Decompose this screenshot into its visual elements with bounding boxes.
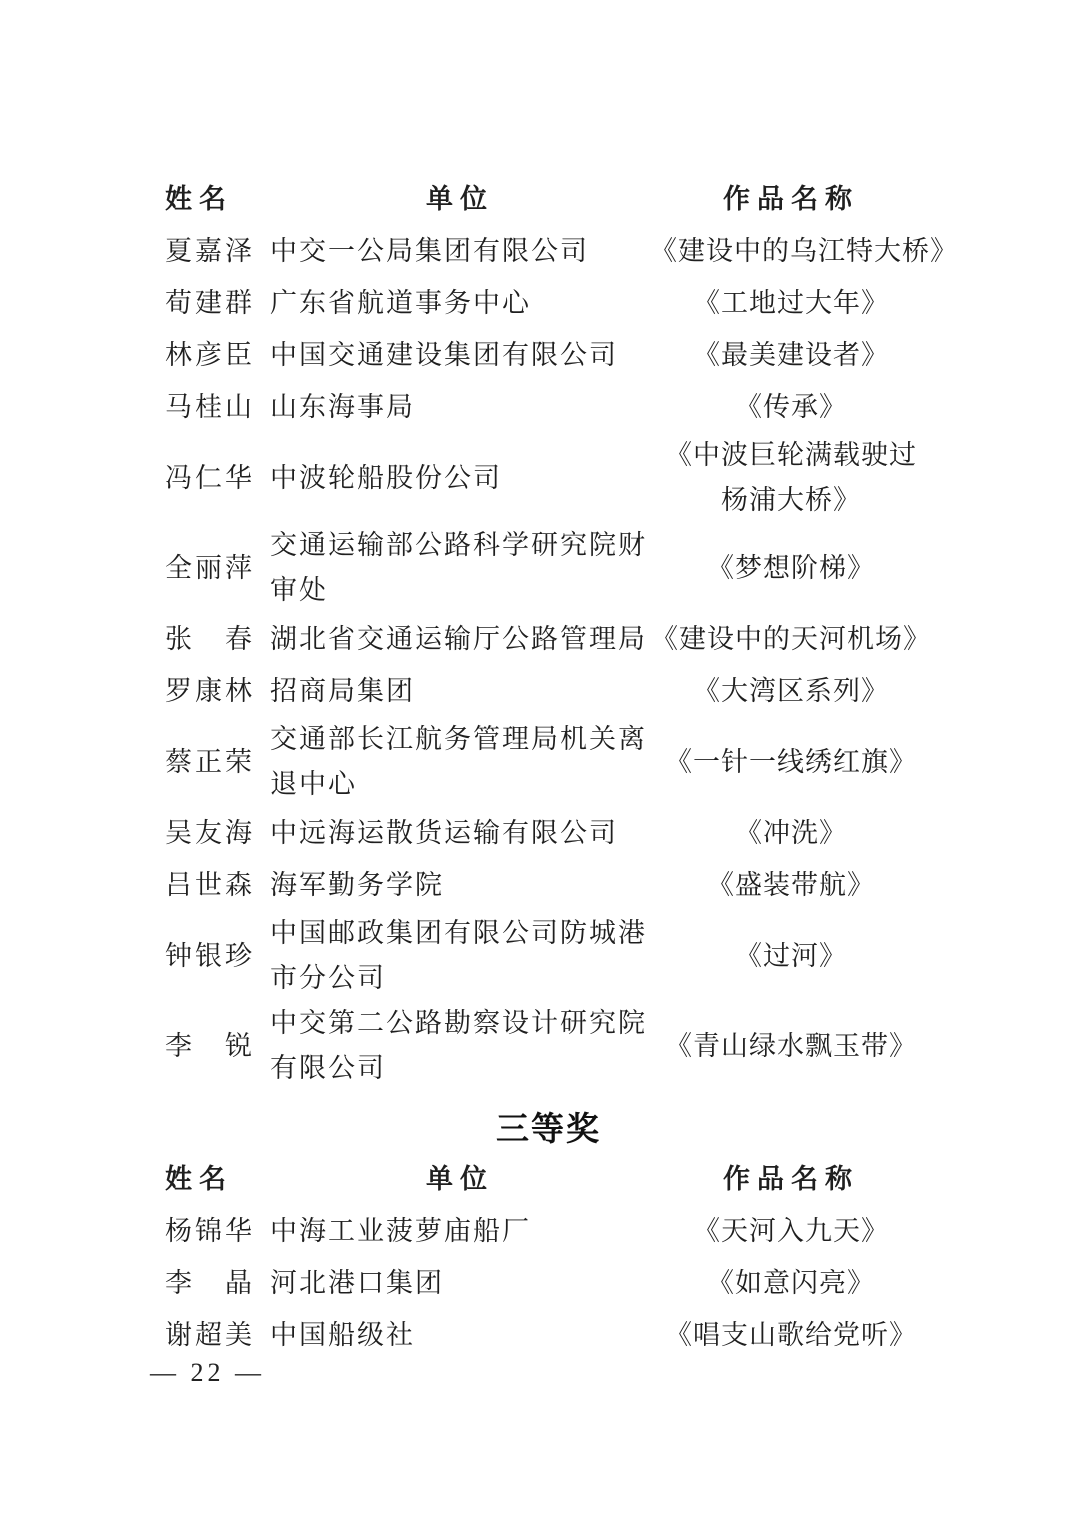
work-title: 《冲洗》 xyxy=(650,811,932,856)
awardee-unit: 交通部长江航务管理局机关离 退中心 xyxy=(270,717,650,807)
table-row: 夏嘉泽 中交一公局集团有限公司 《建设中的乌江特大桥》 xyxy=(165,225,932,277)
table-row: 蔡正荣 交通部长江航务管理局机关离 退中心 《一针一线绣红旗》 xyxy=(165,717,932,807)
work-title: 《如意闪亮》 xyxy=(650,1261,932,1306)
awardee-name: 蔡正荣 xyxy=(165,740,270,785)
table-row: 吴友海 中远海运散货运输有限公司 《冲洗》 xyxy=(165,807,932,859)
table-body-1: 夏嘉泽 中交一公局集团有限公司 《建设中的乌江特大桥》 荀建群 广东省航道事务中… xyxy=(165,225,932,1091)
awardee-unit: 中波轮船股份公司 xyxy=(270,456,650,501)
awardee-unit: 中国邮政集团有限公司防城港 市分公司 xyxy=(270,911,650,1001)
table-row: 李 晶 河北港口集团 《如意闪亮》 xyxy=(165,1257,932,1309)
awardee-name: 杨锦华 xyxy=(165,1209,270,1254)
awardee-unit: 广东省航道事务中心 xyxy=(270,281,650,326)
work-title: 《梦想阶梯》 xyxy=(650,546,932,591)
table-row: 谢超美 中国船级社 《唱支山歌给党听》 xyxy=(165,1309,932,1361)
awardee-unit: 中国船级社 xyxy=(270,1313,650,1358)
awardee-unit: 招商局集团 xyxy=(270,669,650,714)
work-title: 《建设中的天河机场》 xyxy=(650,617,932,662)
awardee-unit: 山东海事局 xyxy=(270,385,650,430)
work-title: 《青山绿水飘玉带》 xyxy=(650,1024,932,1069)
awardee-name: 吴友海 xyxy=(165,811,270,856)
table-row: 马桂山 山东海事局 《传承》 xyxy=(165,381,932,433)
work-title: 《中波巨轮满载驶过 杨浦大桥》 xyxy=(650,433,932,523)
awardee-name: 李 锐 xyxy=(165,1024,270,1069)
table-header-row: 姓名 单位 作品名称 xyxy=(165,173,932,225)
header-name: 姓名 xyxy=(165,1157,270,1202)
table-row: 李 锐 中交第二公路勘察设计研究院 有限公司 《青山绿水飘玉带》 xyxy=(165,1001,932,1091)
awardee-name: 谢超美 xyxy=(165,1313,270,1358)
table-row: 罗康林 招商局集团 《大湾区系列》 xyxy=(165,665,932,717)
awardee-unit: 中交一公局集团有限公司 xyxy=(270,229,650,274)
awardee-name: 罗康林 xyxy=(165,669,270,714)
awardee-unit: 中远海运散货运输有限公司 xyxy=(270,811,650,856)
work-title: 《传承》 xyxy=(650,385,932,430)
awardee-unit: 河北港口集团 xyxy=(270,1261,650,1306)
awardee-name: 马桂山 xyxy=(165,385,270,430)
award-table-2: 姓名 单位 作品名称 杨锦华 中海工业菠萝庙船厂 《天河入九天》 李 晶 河北港… xyxy=(165,1153,932,1361)
table-row: 吕世森 海军勤务学院 《盛装带航》 xyxy=(165,859,932,911)
awardee-name: 李 晶 xyxy=(165,1261,270,1306)
page-number: — 22 — xyxy=(150,1358,265,1388)
awardee-unit: 中海工业菠萝庙船厂 xyxy=(270,1209,650,1254)
awardee-unit: 海军勤务学院 xyxy=(270,863,650,908)
work-title: 《大湾区系列》 xyxy=(650,669,932,714)
awardee-name: 夏嘉泽 xyxy=(165,229,270,274)
work-title: 《盛装带航》 xyxy=(650,863,932,908)
header-work: 作品名称 xyxy=(650,177,932,222)
table-row: 钟银珍 中国邮政集团有限公司防城港 市分公司 《过河》 xyxy=(165,911,932,1001)
work-title: 《工地过大年》 xyxy=(650,281,932,326)
awardee-name: 冯仁华 xyxy=(165,456,270,501)
section-heading-third-prize: 三等奖 xyxy=(165,1107,932,1151)
awardee-unit: 湖北省交通运输厅公路管理局 xyxy=(270,617,650,662)
awardee-name: 张 春 xyxy=(165,617,270,662)
award-table-1: 姓名 单位 作品名称 夏嘉泽 中交一公局集团有限公司 《建设中的乌江特大桥》 荀… xyxy=(165,173,932,1091)
work-title: 《天河入九天》 xyxy=(650,1209,932,1254)
document-page: 姓名 单位 作品名称 夏嘉泽 中交一公局集团有限公司 《建设中的乌江特大桥》 荀… xyxy=(0,0,1080,1527)
awardee-name: 林彦臣 xyxy=(165,333,270,378)
work-title: 《过河》 xyxy=(650,934,932,979)
header-unit: 单位 xyxy=(270,1157,650,1202)
table-header-row: 姓名 单位 作品名称 xyxy=(165,1153,932,1205)
table-row: 张 春 湖北省交通运输厅公路管理局 《建设中的天河机场》 xyxy=(165,613,932,665)
table-row: 冯仁华 中波轮船股份公司 《中波巨轮满载驶过 杨浦大桥》 xyxy=(165,433,932,523)
work-title: 《建设中的乌江特大桥》 xyxy=(650,229,958,274)
table-row: 全丽萍 交通运输部公路科学研究院财 审处 《梦想阶梯》 xyxy=(165,523,932,613)
work-title: 《唱支山歌给党听》 xyxy=(650,1313,932,1358)
work-title: 《一针一线绣红旗》 xyxy=(650,740,932,785)
table-body-2: 杨锦华 中海工业菠萝庙船厂 《天河入九天》 李 晶 河北港口集团 《如意闪亮》 … xyxy=(165,1205,932,1361)
awardee-unit: 中交第二公路勘察设计研究院 有限公司 xyxy=(270,1001,650,1091)
work-title: 《最美建设者》 xyxy=(650,333,932,378)
awardee-name: 钟银珍 xyxy=(165,934,270,979)
table-row: 林彦臣 中国交通建设集团有限公司 《最美建设者》 xyxy=(165,329,932,381)
award-list: 姓名 单位 作品名称 夏嘉泽 中交一公局集团有限公司 《建设中的乌江特大桥》 荀… xyxy=(165,173,932,1361)
table-row: 杨锦华 中海工业菠萝庙船厂 《天河入九天》 xyxy=(165,1205,932,1257)
header-work: 作品名称 xyxy=(650,1157,932,1202)
awardee-name: 全丽萍 xyxy=(165,546,270,591)
awardee-name: 吕世森 xyxy=(165,863,270,908)
awardee-name: 荀建群 xyxy=(165,281,270,326)
awardee-unit: 中国交通建设集团有限公司 xyxy=(270,333,650,378)
header-name: 姓名 xyxy=(165,177,270,222)
awardee-unit: 交通运输部公路科学研究院财 审处 xyxy=(270,523,650,613)
header-unit: 单位 xyxy=(270,177,650,222)
table-row: 荀建群 广东省航道事务中心 《工地过大年》 xyxy=(165,277,932,329)
